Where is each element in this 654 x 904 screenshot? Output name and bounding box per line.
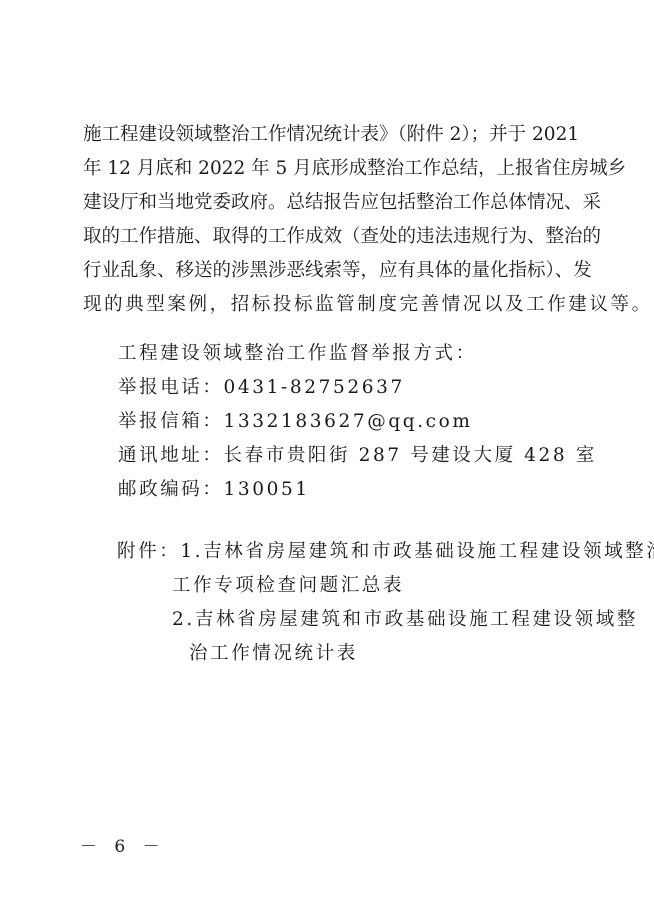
phone-label: 举报电话： [118, 377, 224, 398]
attachment-item-2-cont: 治工作情况统计表 [117, 637, 654, 671]
attachments-label: 附件： [117, 541, 180, 562]
body-line: 取的工作措施、取得的工作成效（查处的违法违规行为、整治的 [83, 220, 569, 254]
body-line: 施工程建设领域整治工作情况统计表》（附件 2）；并于 2021 [83, 118, 569, 152]
email-value: 1332183627@qq.com [224, 411, 473, 432]
body-line: 年 12 月底和 2022 年 5 月底形成整治工作总结，上报省住房城乡 [83, 152, 569, 186]
attachment-number: 1. [180, 541, 203, 562]
contact-address: 通讯地址：长春市贵阳街 287 号建设大厦 428 室 [118, 439, 597, 473]
contact-email: 举报信箱：1332183627@qq.com [118, 405, 597, 439]
phone-value: 0431-82752637 [224, 377, 405, 398]
document-page: 施工程建设领域整治工作情况统计表》（附件 2）；并于 2021 年 12 月底和… [0, 0, 654, 904]
contact-phone: 举报电话：0431-82752637 [118, 371, 597, 405]
postal-value: 130051 [224, 479, 310, 500]
address-label: 通讯地址： [118, 445, 224, 466]
body-line: 建设厅和当地党委政府。总结报告应包括整治工作总体情况、采 [83, 186, 569, 220]
attachment-number: 2. [172, 609, 195, 630]
attachment-item-2: 2.吉林省房屋建筑和市政基础设施工程建设领域整 [117, 603, 654, 637]
body-paragraph: 施工程建设领域整治工作情况统计表》（附件 2）；并于 2021 年 12 月底和… [83, 118, 569, 322]
address-value: 长春市贵阳街 287 号建设大厦 428 室 [224, 445, 597, 466]
body-line: 行业乱象、移送的涉黑涉恶线索等，应有具体的量化指标）、发 [83, 254, 569, 288]
postal-label: 邮政编码： [118, 479, 224, 500]
contact-section: 工程建设领域整治工作监督举报方式： 举报电话：0431-82752637 举报信… [118, 337, 597, 507]
contact-heading: 工程建设领域整治工作监督举报方式： [118, 337, 597, 371]
email-label: 举报信箱： [118, 411, 224, 432]
attachment-title: 吉林省房屋建筑和市政基础设施工程建设领域整 [195, 609, 638, 630]
attachment-title: 吉林省房屋建筑和市政基础设施工程建设领域整治 [203, 541, 654, 562]
attachment-item-1-cont: 工作专项检查问题汇总表 [117, 569, 654, 603]
attachment-item-1: 附件：1.吉林省房屋建筑和市政基础设施工程建设领域整治 [117, 535, 654, 569]
body-line: 现的典型案例，招标投标监管制度完善情况以及工作建议等。 [83, 288, 569, 322]
contact-postal: 邮政编码：130051 [118, 473, 597, 507]
attachments-section: 附件：1.吉林省房屋建筑和市政基础设施工程建设领域整治 工作专项检查问题汇总表 … [117, 535, 654, 671]
page-number: － 6 － [80, 832, 166, 857]
